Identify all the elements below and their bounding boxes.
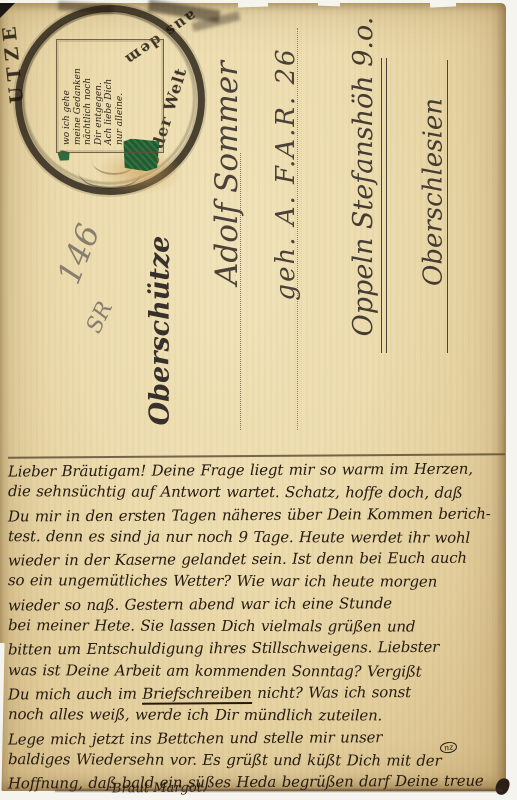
torn-edge [430, 0, 456, 8]
address-underline-double [381, 58, 382, 353]
pencil-monogram: SR [82, 298, 118, 337]
scanned-postcard-back: UTZE aus dem e der Welt wo ich gehe mein… [0, 0, 517, 800]
ink-smudge [58, 1, 113, 14]
message-line: was ist Deine Arbeit am kommenden Sonnta… [8, 659, 502, 683]
message-line-part: nicht? Was ich sonst [252, 683, 411, 702]
address-place: Oppeln Stefanshöh 9.o. [348, 9, 379, 344]
torn-edge [318, 0, 340, 6]
underlined-word: Briefschreiben [142, 684, 251, 705]
message-line: bei meiner Hete. Sie lassen Dich vielmal… [8, 614, 502, 638]
pencil-number: 146 [49, 219, 107, 290]
verse-line: Dir entgegen. [94, 45, 105, 145]
address-unit: geh. A. F.A.R. 26 [271, 14, 301, 334]
message-line: Lege mich jetzt ins Bettchen und stelle … [8, 725, 502, 750]
address-name: Adolf Sommer [209, 23, 245, 323]
card-bottom-edge-shadow [55, 789, 503, 792]
message-body: Lieber Bräutigam! Deine Frage liegt mir … [8, 459, 502, 793]
message-line: Du mir in den ersten Tagen näheres über … [8, 502, 502, 527]
stamp-box-verse: wo ich gehe meine Gedanken nächtlich noc… [62, 45, 156, 145]
address-underline-double [386, 58, 387, 353]
message-line: baldiges Wiedersehn vor. Es grüßt und kü… [8, 748, 502, 772]
message-line: wieder so naß. Gestern abend war ich ein… [8, 591, 502, 616]
message-line: test. denn es sind ja nur noch 9 Tage. H… [8, 525, 502, 549]
message-line: Du mich auch im Briefschreiben nicht? Wa… [8, 680, 502, 705]
message-line: noch alles weiß, werde ich Dir mündlich … [8, 703, 502, 727]
verse-line: meine Gedanken [73, 45, 84, 145]
message-line-part: Du mich auch im [8, 685, 142, 704]
postcard-paper: UTZE aus dem e der Welt wo ich gehe mein… [0, 3, 506, 791]
stamp-box: wo ich gehe meine Gedanken nächtlich noc… [56, 39, 164, 153]
verse-line: nächtlich noch [83, 45, 94, 145]
torn-edge [0, 643, 5, 793]
message-line: so ein ungemütliches Wetter? Wie war ich… [8, 570, 502, 594]
torn-edge [238, 0, 268, 8]
address-region: Oberschlesien [419, 90, 449, 295]
postmark-arc-text: UTZE [0, 18, 28, 106]
mount-corner-mark [0, 3, 15, 18]
verse-line: nur alleine. [115, 45, 126, 145]
message-line: die sehnsüchtig auf Antwort wartet. Scha… [8, 480, 502, 504]
message-line: Lieber Bräutigam! Deine Frage liegt mir … [8, 457, 502, 482]
address-rank: Oberschütze [145, 209, 176, 453]
message-line: wieder in der Kaserne gelandet sein. Ist… [8, 547, 502, 572]
message-line: bitten um Entschuldigung ihres Stillschw… [8, 636, 502, 661]
verse-line: wo ich gehe [62, 45, 73, 145]
verse-line: Ach liebe Dich [104, 45, 115, 145]
